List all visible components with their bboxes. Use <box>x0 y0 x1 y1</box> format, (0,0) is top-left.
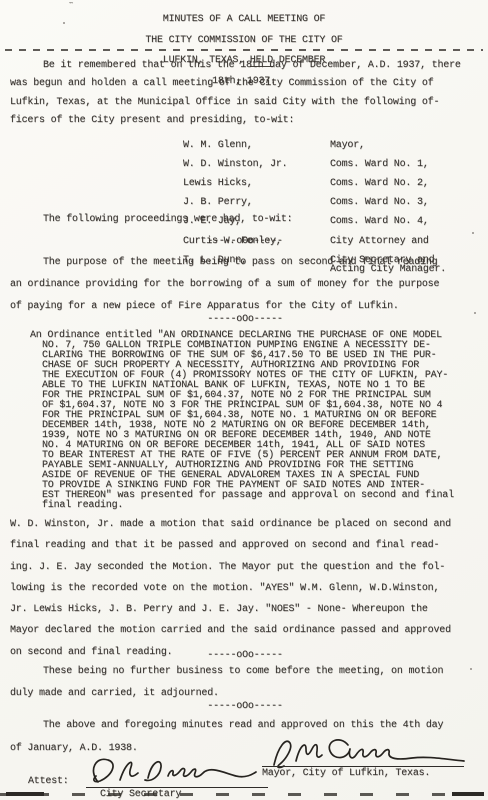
officer-title: Coms. Ward No. 1, <box>330 160 429 170</box>
officer-title: Mayor, <box>330 141 365 151</box>
separator: -----oOo----- <box>10 236 480 247</box>
mayor-signature-line <box>262 766 464 767</box>
separator: -----oOo----- <box>10 701 480 712</box>
officer-name: Lewis Hicks, <box>183 179 330 189</box>
officer-title: Coms. Ward No. 2, <box>330 179 429 189</box>
secretary-signature-line <box>86 787 268 788</box>
separator: -----oOo----- <box>10 650 480 661</box>
scan-artifact <box>6 792 44 796</box>
officer-row: J. B. Perry,Coms. Ward No. 3, <box>183 198 473 208</box>
officer-name: W. D. Winston, Jr. <box>183 160 330 170</box>
mayor-title-label: Mayor, City of Lufkin, Texas. <box>262 768 430 779</box>
secretary-signature <box>84 750 264 788</box>
motion-paragraph: W. D. Winston, Jr. made a motion that sa… <box>10 514 484 663</box>
officer-row: W. D. Winston, Jr.Coms. Ward No. 1, <box>183 160 473 170</box>
purpose-paragraph: The purpose of the meeting being to pass… <box>10 252 482 318</box>
officer-title: Coms. Ward No. 3, <box>330 198 429 208</box>
mayor-signature <box>268 733 468 769</box>
opening-paragraph: Be it remembered that on this the 18th d… <box>10 57 482 131</box>
scan-artifact <box>0 793 488 796</box>
officer-name: W. M. Glenn, <box>183 141 330 151</box>
officer-name: J. B. Perry, <box>183 198 330 208</box>
separator: -----oOo----- <box>10 314 480 325</box>
scanned-minutes-page: ¨ MINUTES OF A CALL MEETING OF THE CITY … <box>0 0 488 800</box>
adjournment-paragraph: These being no further business to come … <box>10 661 482 705</box>
attest-label: Attest: <box>28 776 69 787</box>
dashed-rule <box>5 49 483 51</box>
ordinance-paragraph: An Ordinance entitled "AN ORDINANCE DECL… <box>30 331 488 511</box>
officer-row: W. M. Glenn,Mayor, <box>183 141 473 151</box>
officer-row: Lewis Hicks,Coms. Ward No. 2, <box>183 179 473 189</box>
title-line-2: THE CITY COMMISSION OF THE CITY OF <box>0 36 488 46</box>
proceedings-line: The following proceedings were had, to-w… <box>43 214 473 225</box>
title-line-1: MINUTES OF A CALL MEETING OF <box>0 15 488 25</box>
scan-artifact <box>452 792 484 796</box>
